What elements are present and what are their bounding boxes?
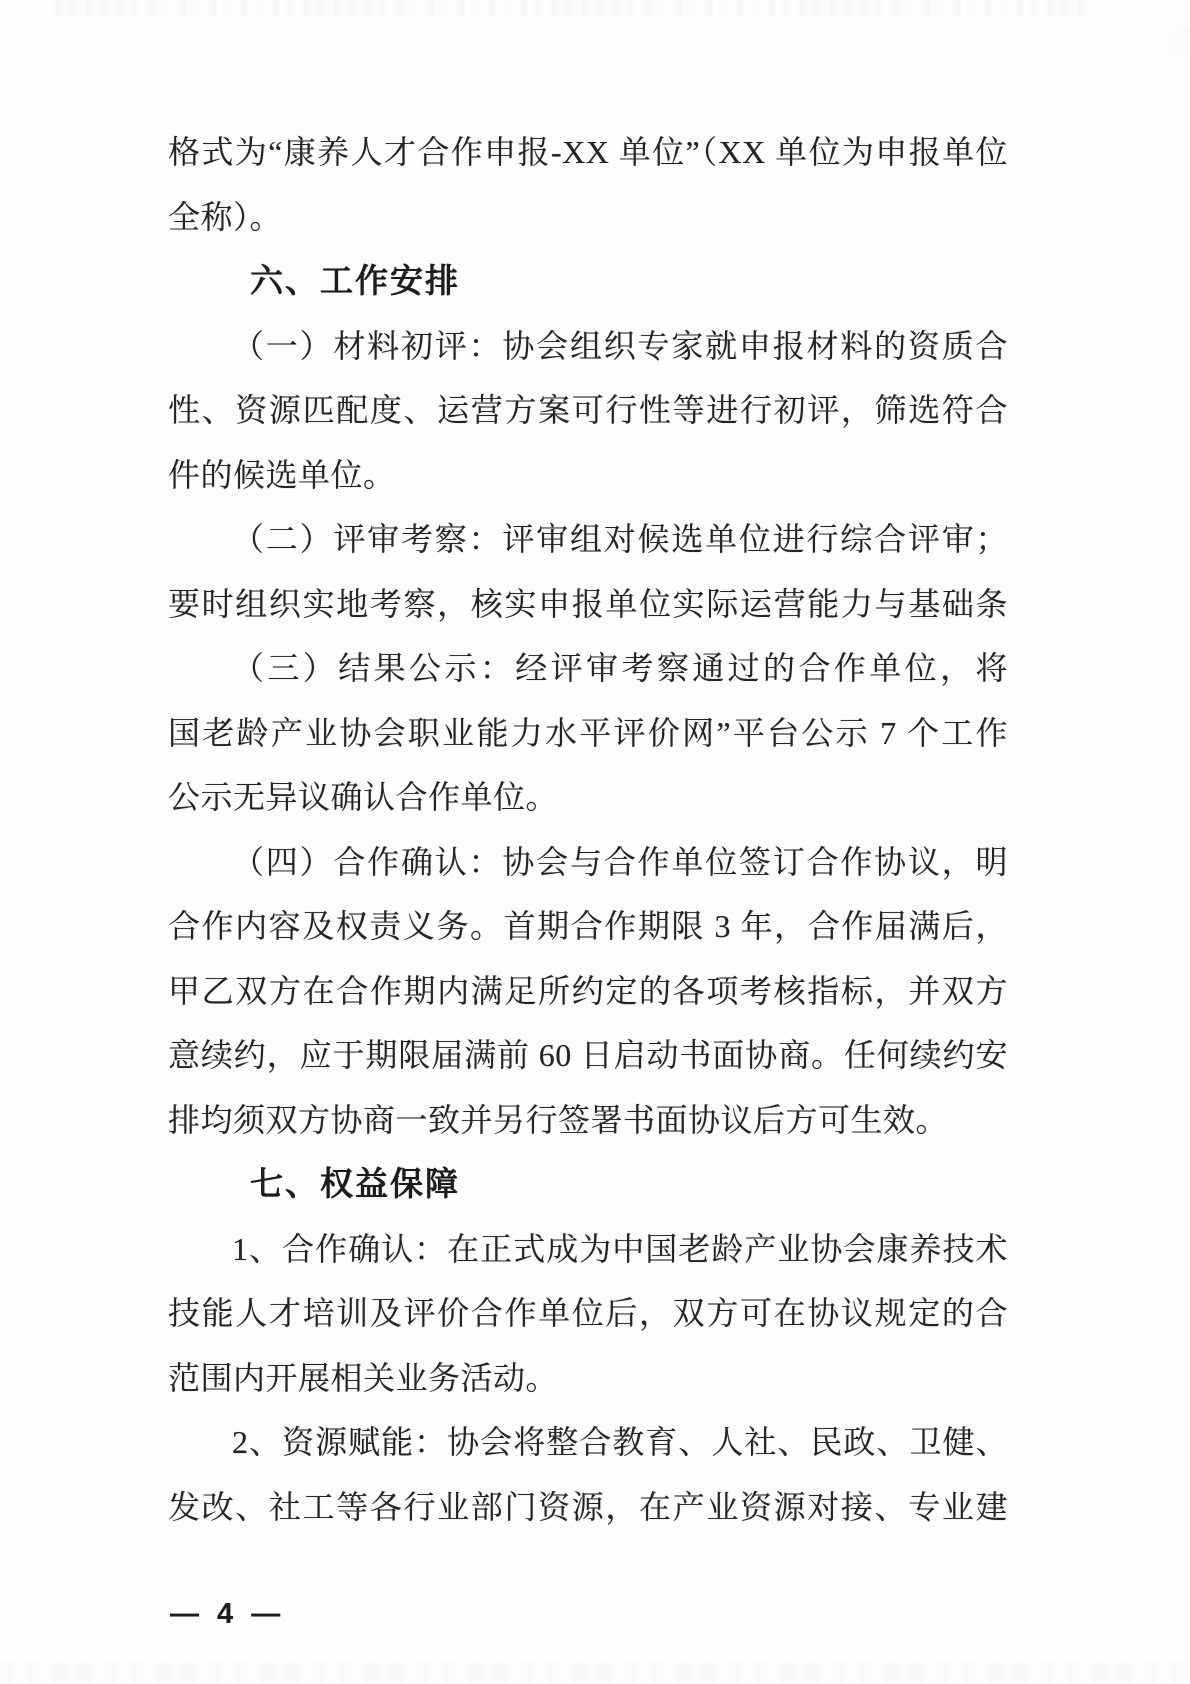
text-line: 范围内开展相关业务活动。 — [168, 1346, 1008, 1411]
section-heading: 六、工作安排 — [168, 249, 1008, 314]
text-line: （二）评审考察：评审组对候选单位进行综合评审；必 — [168, 507, 1008, 572]
text-line: 技能人才培训及评价合作单位后，双方可在协议规定的合作 — [168, 1281, 1008, 1346]
text-line: 2、资源赋能：协会将整合教育、人社、民政、卫健、 — [168, 1410, 1008, 1475]
text-line: 排均须双方协商一致并另行签署书面协议后方可生效。 — [168, 1088, 1008, 1153]
text-line: 国老龄产业协会职业能力水平评价网”平台公示 7 个工作日； — [168, 701, 1008, 766]
text-line: 性、资源匹配度、运营方案可行性等进行初评，筛选符合条 — [168, 378, 1008, 443]
section-heading: 七、权益保障 — [168, 1152, 1008, 1217]
text-line: 件的候选单位。 — [168, 443, 1008, 508]
text-line: 合作内容及权责义务。首期合作期限 3 年，合作届满后，且 — [168, 894, 1008, 959]
text-line: 1、合作确认：在正式成为中国老龄产业协会康养技术 — [168, 1217, 1008, 1282]
scan-artifact-top-right — [1150, 18, 1190, 64]
text-line: （四）合作确认：协会与合作单位签订合作协议，明确 — [168, 830, 1008, 895]
scan-artifact-bottom — [0, 1662, 1190, 1684]
text-line: （一）材料初评：协会组织专家就申报材料的资质合规 — [168, 314, 1008, 379]
text-line: （三）结果公示：经评审考察通过的合作单位，将在“中 — [168, 636, 1008, 701]
scan-artifact-top — [55, 0, 1085, 16]
text-line: 甲乙双方在合作期内满足所约定的各项考核指标，并双方有 — [168, 959, 1008, 1024]
text-line: 发改、社工等各行业部门资源，在产业资源对接、专业建设 — [168, 1475, 1008, 1540]
document-page: 格式为“康养人才合作申报-XX 单位”（XX 单位为申报单位全称）。六、工作安排… — [0, 0, 1190, 1684]
text-line: 要时组织实地考察，核实申报单位实际运营能力与基础条件。 — [168, 572, 1008, 637]
page-number: — 4 — — [170, 1594, 285, 1634]
text-column: 格式为“康养人才合作申报-XX 单位”（XX 单位为申报单位全称）。六、工作安排… — [168, 120, 1008, 1539]
text-line: 全称）。 — [168, 185, 1008, 250]
text-line: 意续约，应于期限届满前 60 日启动书面协商。任何续约安 — [168, 1023, 1008, 1088]
text-line: 公示无异议确认合作单位。 — [168, 765, 1008, 830]
text-line: 格式为“康养人才合作申报-XX 单位”（XX 单位为申报单位 — [168, 120, 1008, 185]
